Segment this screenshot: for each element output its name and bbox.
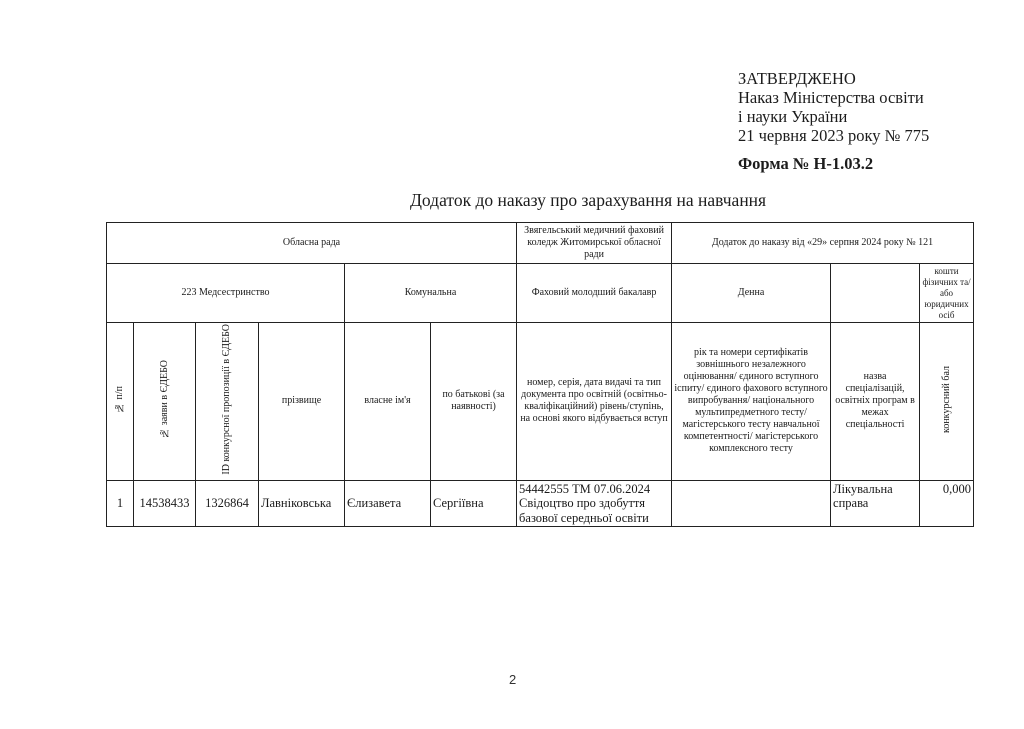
cell-specialization: Лікувальна справа (831, 480, 920, 527)
approval-stamp: ЗАТВЕРДЖЕНО Наказ Міністерства освіти і … (738, 69, 929, 145)
cell-document: 54442555 ТМ 07.06.2024 Свідоцтво про здо… (517, 480, 672, 527)
degree-cell: Фаховий молодший бакалавр (517, 264, 672, 323)
column-header-row: № п/п № заяви в ЄДЕБО ID конкурсної проп… (107, 323, 974, 481)
document-title: Додаток до наказу про зарахування на нав… (410, 190, 766, 211)
header-certificates: рік та номери сертифікатів зовнішнього н… (672, 323, 831, 481)
enrollment-table: Обласна рада Звягельський медичний фахов… (106, 222, 974, 527)
empty-cell (831, 264, 920, 323)
page-number: 2 (509, 672, 516, 687)
cell-row-number: 1 (107, 480, 134, 527)
header-application-number: № заяви в ЄДЕБО (134, 323, 196, 481)
order-cell: Додаток до наказу від «29» серпня 2024 р… (672, 223, 974, 264)
approval-order-line-2: і науки України (738, 107, 929, 126)
cell-first-name: Єлизавета (345, 480, 431, 527)
cell-application-number: 14538433 (134, 480, 196, 527)
header-application-number-label: № заяви в ЄДЕБО (159, 360, 171, 439)
header-surname: прізвище (259, 323, 345, 481)
header-first-name: власне ім'я (345, 323, 431, 481)
header-specialization: назва спеціалізацій, освітніх програм в … (831, 323, 920, 481)
cell-score: 0,000 (920, 480, 974, 527)
cell-certificates (672, 480, 831, 527)
table-row: 1 14538433 1326864 Лавніковська Єлизавет… (107, 480, 974, 527)
header-row-number-label: № п/п (114, 386, 126, 413)
study-form-cell: Денна (672, 264, 831, 323)
approval-order-line-1: Наказ Міністерства освіти (738, 88, 929, 107)
council-cell: Обласна рада (107, 223, 517, 264)
header-offer-id: ID конкурсної пропозиції в ЄДЕБО (196, 323, 259, 481)
specialty-cell: 223 Медсестринство (107, 264, 345, 323)
header-patronymic: по батькові (за наявності) (431, 323, 517, 481)
cell-surname: Лавніковська (259, 480, 345, 527)
header-document: номер, серія, дата видачі та тип докумен… (517, 323, 672, 481)
approval-order-date: 21 червня 2023 року № 775 (738, 126, 929, 145)
approval-heading: ЗАТВЕРДЖЕНО (738, 69, 929, 88)
cell-patronymic: Сергіївна (431, 480, 517, 527)
institution-cell: Звягельський медичний фаховий коледж Жит… (517, 223, 672, 264)
header-row-program: 223 Медсестринство Комунальна Фаховий мо… (107, 264, 974, 323)
header-row-number: № п/п (107, 323, 134, 481)
ownership-cell: Комунальна (345, 264, 517, 323)
header-row-institution: Обласна рада Звягельський медичний фахов… (107, 223, 974, 264)
cell-offer-id: 1326864 (196, 480, 259, 527)
header-score: конкурсний бал (920, 323, 974, 481)
header-offer-id-label: ID конкурсної пропозиції в ЄДЕБО (221, 324, 233, 475)
form-number: Форма № Н-1.03.2 (738, 154, 873, 174)
header-score-label: конкурсний бал (941, 366, 953, 433)
funding-cell: кошти фізичних та/або юридичних осіб (920, 264, 974, 323)
